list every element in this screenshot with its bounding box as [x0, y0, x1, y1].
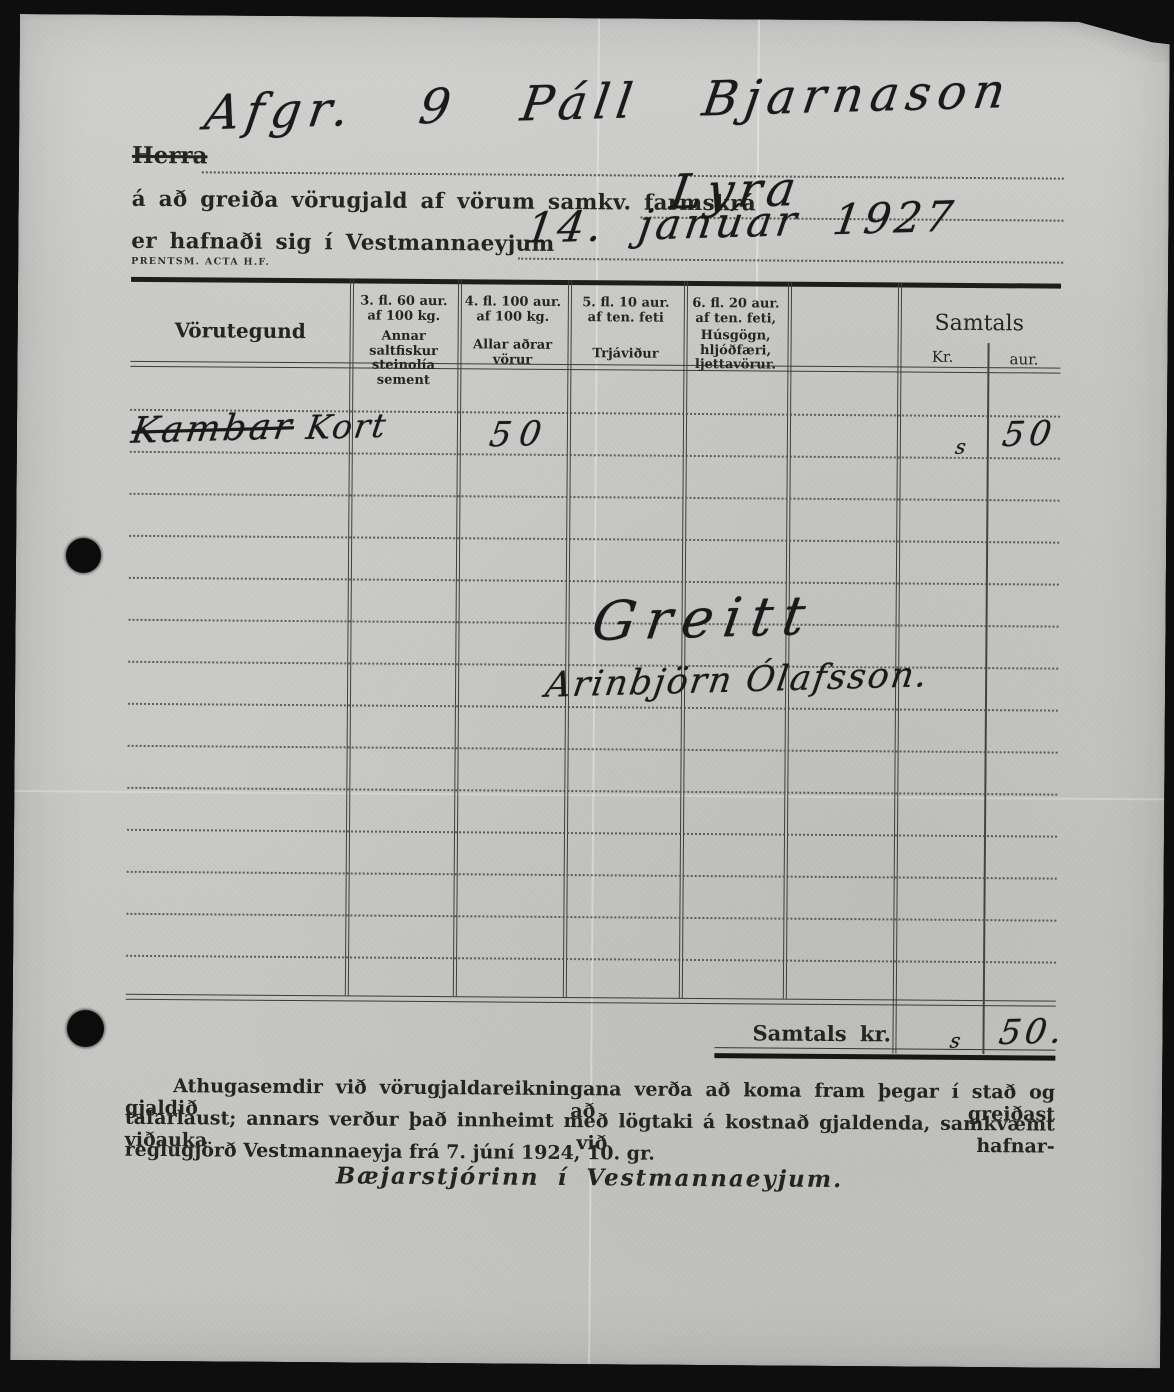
class3-desc-line3: sement — [377, 373, 430, 388]
class3-rate-line2: af 100 kg. — [367, 309, 440, 324]
class5-desc-line1: Trjáviður — [592, 347, 658, 362]
class6-rate-line1: 6. fl. 20 aur. — [692, 297, 779, 312]
class3-desc-line2: steinolía — [372, 359, 435, 374]
column-header-class3: 3. fl. 60 aur. af 100 kg. Annar saltfisk… — [349, 294, 458, 388]
handwritten-row-aur: 50 — [1000, 414, 1059, 456]
goods-label: Vörutegund — [175, 318, 306, 343]
column-header-samtals: Samtals — [898, 310, 1061, 336]
dotted-fill-line-date — [518, 258, 1063, 264]
class4-rate-line1: 4. fl. 100 aur. — [465, 295, 561, 310]
writing-line — [129, 535, 1059, 544]
class4-rate-line2: af 100 kg. — [476, 310, 549, 325]
aur-label: aur. — [1009, 350, 1038, 368]
class6-desc-line1: Húsgögn, — [701, 329, 771, 344]
writing-line — [128, 745, 1058, 754]
handwritten-paid-signature: Arinbjörn Ólafsson. — [543, 655, 932, 706]
corner-shade — [1050, 22, 1170, 63]
document-paper: Herra Afgr. 9 Páll Bjarnason á að greiða… — [10, 14, 1170, 1368]
handwritten-paid-stamp: Greitt — [588, 584, 819, 653]
kr-aur-divider — [982, 343, 989, 1054]
table-top-rule — [131, 277, 1061, 289]
arrival-line-text: er hafnaði sig í Vestmannaeyjum — [131, 229, 554, 257]
writing-line — [127, 787, 1057, 796]
table-body-bottom-rule — [126, 994, 1056, 1007]
handwritten-amount-fl4: 50 — [487, 414, 552, 456]
signer-text: Bæjarstjórinn í Vestmannaeyjum. — [336, 1162, 844, 1193]
column-header-goods: Vörutegund — [131, 318, 350, 344]
class3-desc-line1: Annar saltfiskur — [349, 329, 457, 359]
column-header-class6: 6. fl. 20 aur. af ten. feti, Húsgögn, hl… — [683, 297, 788, 373]
handwritten-row-kr-mark: s — [954, 434, 968, 458]
writing-line — [129, 493, 1059, 502]
column-divider-3 — [563, 280, 572, 997]
punch-hole-bottom — [67, 1010, 104, 1047]
class3-rate-line1: 3. fl. 60 aur. — [360, 295, 447, 310]
printer-mark: PRENTSM. ACTA H.F. — [131, 256, 270, 268]
column-header-kr: Kr. — [897, 347, 987, 366]
class5-rate-line1: 5. fl. 10 aur. — [582, 296, 669, 311]
handwritten-total-aur: 50. — [996, 1011, 1068, 1053]
handwritten-goods-struck: Kambar — [129, 406, 297, 452]
kr-label: Kr. — [932, 348, 954, 366]
punch-hole-top — [66, 538, 101, 573]
writing-line — [129, 577, 1059, 586]
writing-line — [127, 871, 1057, 880]
handwritten-goods: Kort — [304, 406, 390, 447]
dotted-fill-line-recipient — [202, 171, 1064, 179]
salutation-herra: Herra — [132, 142, 208, 170]
writing-line — [126, 955, 1056, 964]
samtals-label: Samtals — [934, 311, 1024, 337]
class6-desc-line3: ljettavörur. — [695, 358, 776, 373]
scanned-document-page: Herra Afgr. 9 Páll Bjarnason á að greiða… — [0, 0, 1174, 1392]
writing-line — [127, 829, 1057, 838]
handwritten-recipient: Afgr. 9 Páll Bjarnason — [201, 63, 1016, 141]
class4-desc-line2: vörur — [493, 353, 532, 368]
column-header-aur: aur. — [987, 350, 1060, 369]
column-header-class5: 5. fl. 10 aur. af ten. feti Trjáviður — [567, 296, 683, 362]
writing-line — [126, 913, 1056, 922]
total-row-label: Samtals kr. — [752, 1020, 891, 1046]
footer-signer-line: Bæjarstjórinn í Vestmannaeyjum. — [124, 1161, 1054, 1195]
column-header-class4: 4. fl. 100 aur. af 100 kg. Allar aðrar v… — [457, 295, 568, 368]
class4-desc-line1: Allar aðrar — [473, 338, 552, 353]
class5-rate-line2: af ten. feti — [588, 311, 664, 326]
writing-line — [130, 451, 1060, 460]
class6-rate-line2: af ten. feti, — [695, 311, 776, 326]
